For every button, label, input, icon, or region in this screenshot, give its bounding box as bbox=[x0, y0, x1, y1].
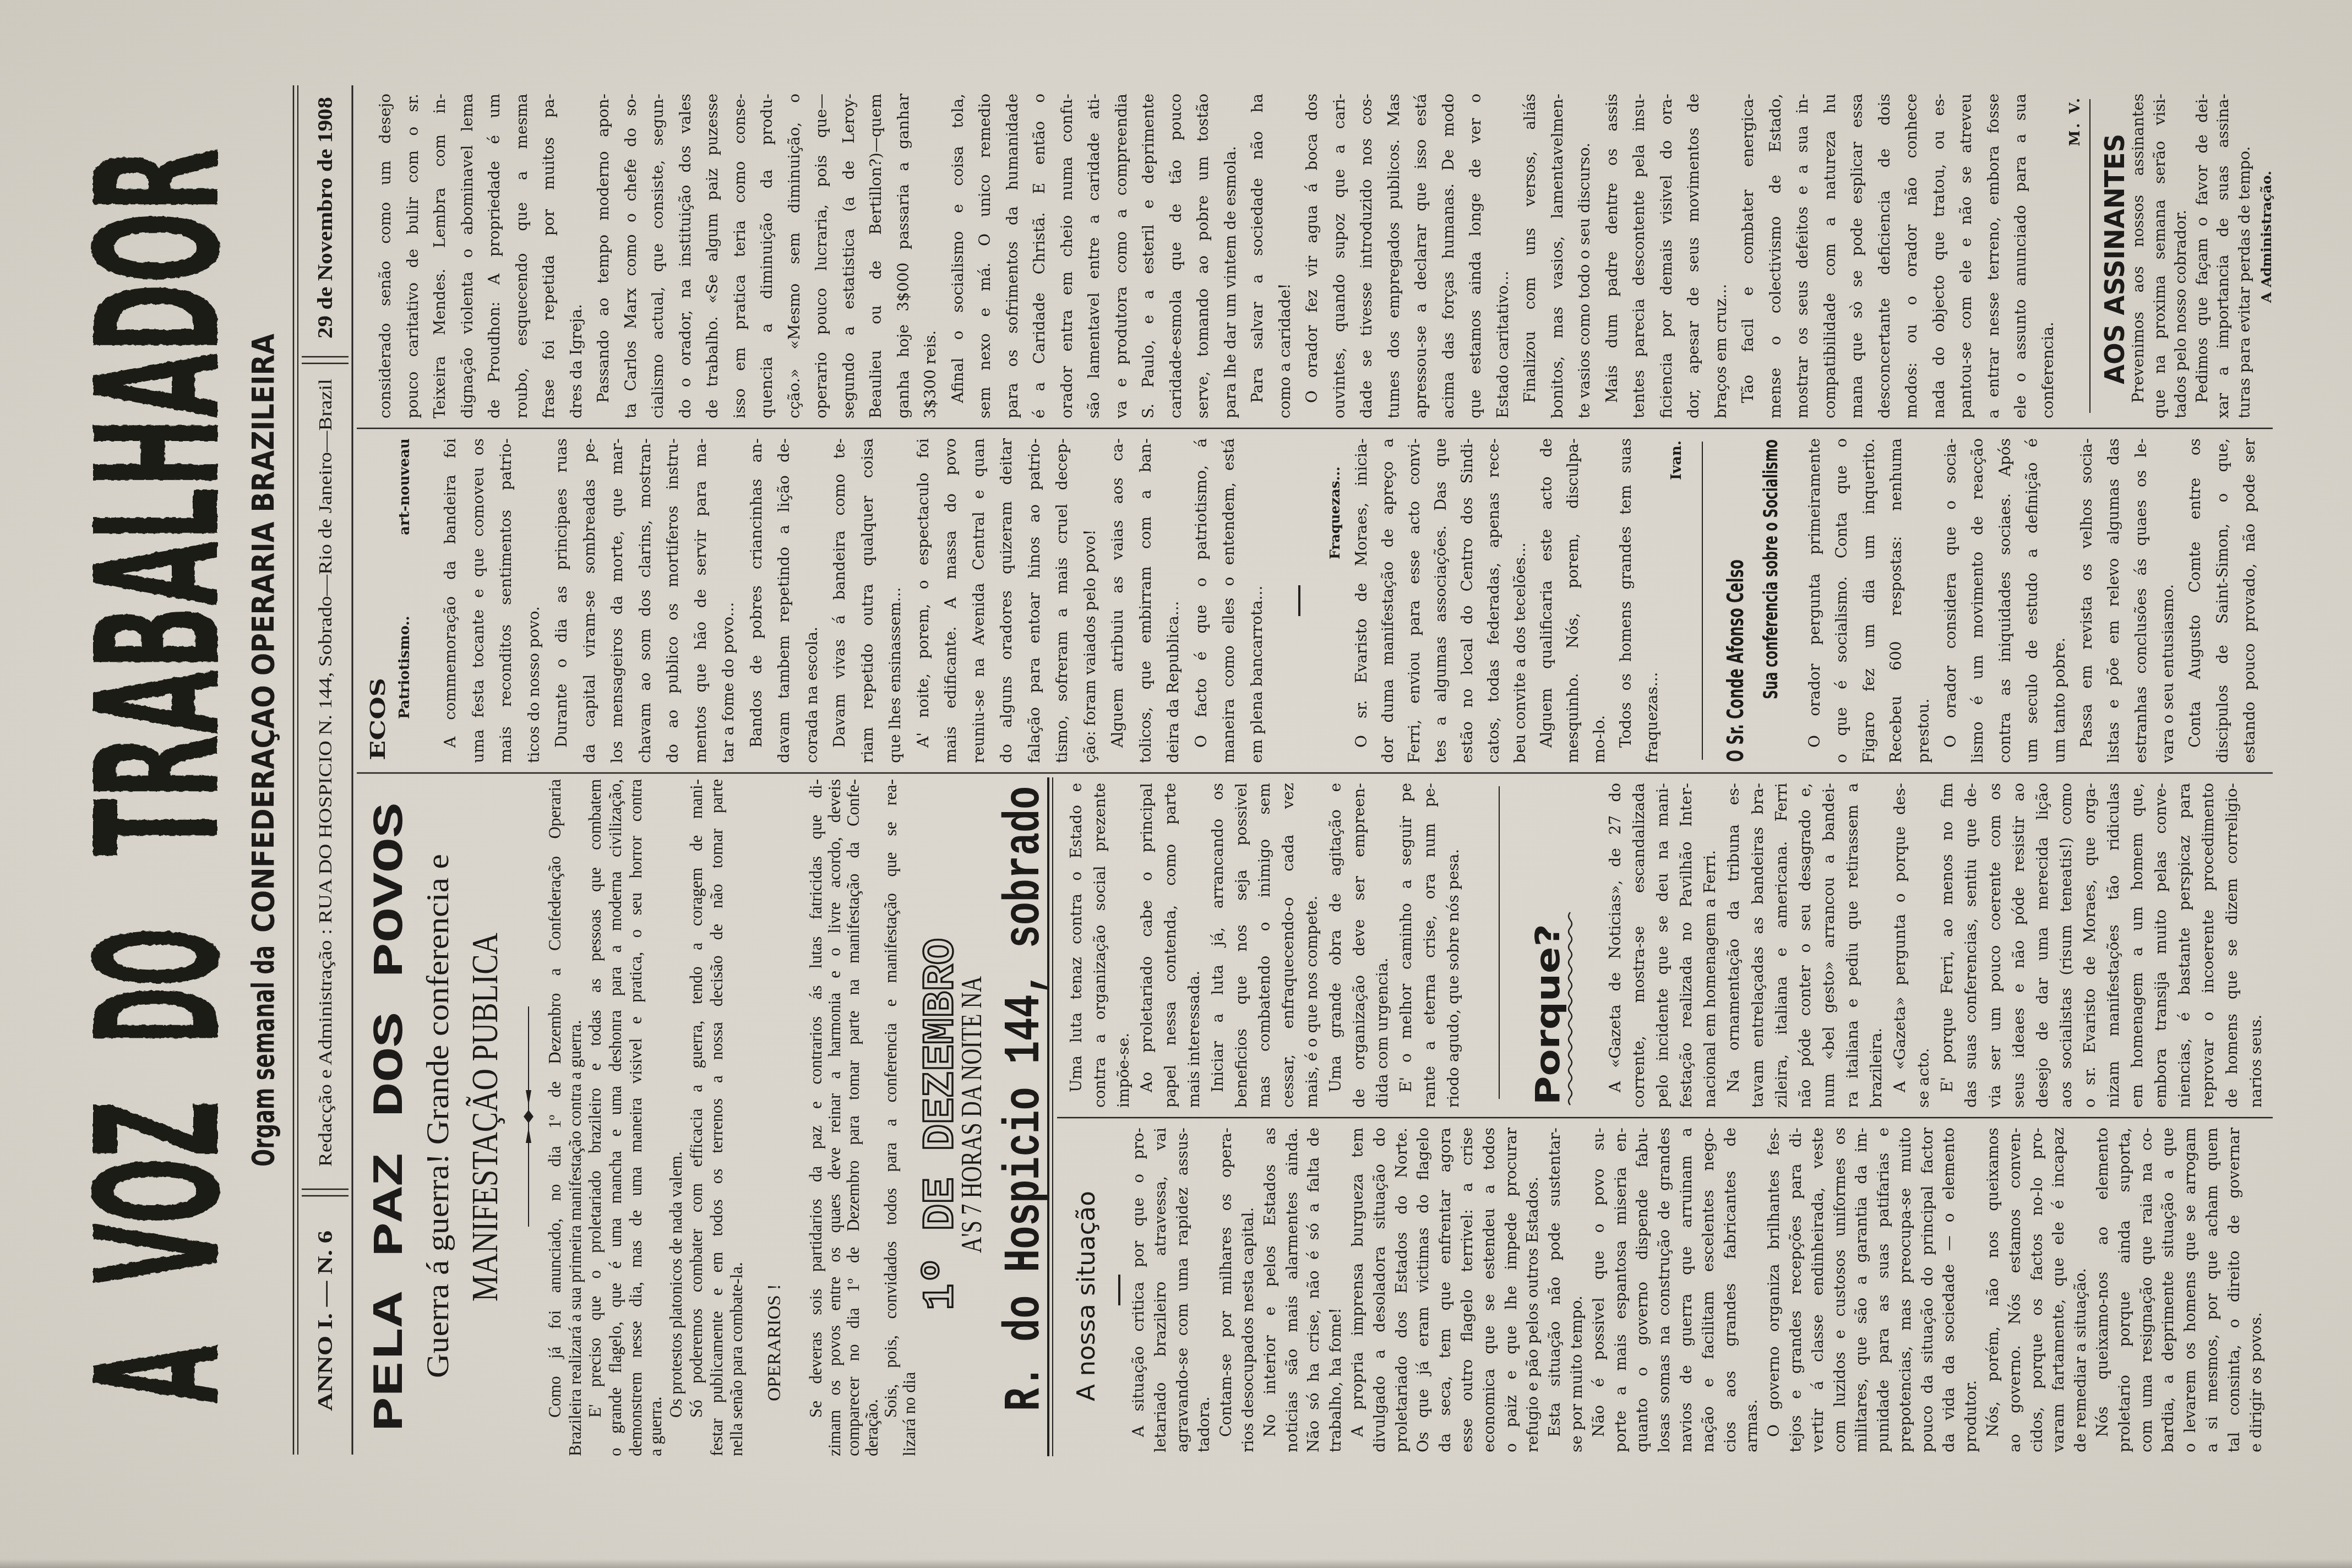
text-line: segundo a estatistica (a de Leroy- bbox=[835, 94, 863, 418]
text-line: A «Gazeta de Noticias», de 27 do bbox=[1603, 783, 1627, 1108]
text-line: militares, que são a garantia da im- bbox=[1850, 1128, 1872, 1452]
fraquezas-subheading: Fraquezas... bbox=[1324, 466, 1346, 559]
text-line: mo-lo. bbox=[1586, 438, 1613, 763]
fraquezas-signature: Ivan. bbox=[1665, 440, 1687, 763]
text-line: de remediar a situação. bbox=[2070, 1128, 2092, 1452]
text-line: caridade-esmola que de tão pouco bbox=[1162, 94, 1190, 418]
text-line: mas combatendo o inimigo sem bbox=[1253, 783, 1277, 1108]
text-line: Sois, pois, convidados todos para a conf… bbox=[881, 779, 900, 1456]
masthead-title-word: VOZ bbox=[59, 1101, 258, 1284]
masthead-title-word: A bbox=[59, 1344, 258, 1403]
text-line: e dirigir os povos. bbox=[2245, 1128, 2267, 1452]
text-line: braços em cruz... bbox=[1707, 94, 1735, 418]
text-line: bonitos, mas vasios, lamentavelmen- bbox=[1544, 94, 1571, 418]
lead-headline: PELA PAZ DOS POVOS bbox=[367, 803, 415, 1431]
text-line: acima das forças humanas. De modo bbox=[1435, 94, 1462, 418]
paragraph: Esta situação não pode sustentar-se por … bbox=[1544, 1128, 1588, 1452]
text-line: mostrar os seus defeitos e a sua in- bbox=[1789, 94, 1816, 418]
text-line: O facto é que o patriotismo, á bbox=[1188, 438, 1216, 763]
text-line: Ao proletariado cabe o principal bbox=[1135, 783, 1159, 1108]
text-line: a guerra. bbox=[646, 779, 666, 1456]
text-line: Prevenimos aos nossos assinantes bbox=[2128, 94, 2149, 418]
text-line: E' porque Ferri, ao menos no fim bbox=[1935, 783, 1959, 1108]
text-line: ticos do nosso povo. bbox=[520, 438, 548, 763]
text-line: proletariado dos Estados do Norte. bbox=[1391, 1128, 1413, 1452]
paragraph: Só poderemos combater com efficacia a gu… bbox=[687, 779, 747, 1456]
paragraph: Não é possivel que o povo su-porte a mai… bbox=[1588, 1128, 1763, 1452]
text-line: tejos e grandes recepções para di- bbox=[1785, 1128, 1807, 1452]
paragraph: Sois, pois, convidados todos para a conf… bbox=[881, 779, 919, 1456]
paragraph: Tão facil e combater energica-mense o co… bbox=[1734, 94, 2061, 418]
patriotismo-body: A commemoração da bandeira foiuma festa … bbox=[437, 438, 1271, 763]
paragraph: Uma grande obra de agitação ede organiza… bbox=[1324, 783, 1395, 1108]
text-line: nizam manifestações tão ridiculas bbox=[2101, 783, 2125, 1108]
text-line: maneira como elles o entendem, está bbox=[1215, 438, 1243, 763]
text-line: A' noite, porem, o espectaculo foi bbox=[910, 438, 938, 763]
text-line: Nós queixamo-nos ao elemento bbox=[2092, 1128, 2114, 1452]
text-line: comparecer no dia 1º de Dezembro para to… bbox=[844, 779, 863, 1456]
text-line: Contam-se por milhares os opera- bbox=[1215, 1128, 1237, 1452]
text-line: ele o assunto anunciado para a sua bbox=[2007, 94, 2034, 418]
text-line: se por muito tempo. bbox=[1566, 1128, 1588, 1452]
text-line: do ao publico os mortiferos instru- bbox=[659, 438, 687, 763]
paragraph: Iniciar a luta já, arrancando osbenefici… bbox=[1206, 783, 1324, 1108]
text-line: dor duma manifestação de apreço a bbox=[1375, 438, 1401, 763]
text-line: de trabalho. «Se algum paiz puzesse bbox=[699, 94, 726, 418]
text-line: zileira, italiana e americana. Ferri bbox=[1770, 783, 1793, 1108]
paragraph: Durante o dia as principaes ruasda capit… bbox=[548, 438, 743, 763]
text-line: da vida da sociedade — o elemento bbox=[1938, 1128, 1960, 1452]
paragraph: Nós, porém, não nos queixamosao governo.… bbox=[1982, 1128, 2092, 1452]
text-line: refugio e pão pelos outros Estados. bbox=[1522, 1128, 1544, 1452]
text-line: orador entra em cheio numa confu- bbox=[1053, 94, 1081, 418]
text-line: dida com urgencia. bbox=[1371, 783, 1395, 1108]
text-line: ouvintes, quando supoz que a cari- bbox=[1326, 94, 1353, 418]
text-line: porte a mais espantosa miseria en- bbox=[1610, 1128, 1632, 1452]
text-line: tismo, sofreram a mais cruel decep- bbox=[1048, 438, 1076, 763]
text-line: Esta situação não pode sustentar- bbox=[1544, 1128, 1566, 1452]
text-line: losas somas na construção de grandes bbox=[1653, 1128, 1675, 1452]
text-line: riodo agudo, que sobre nós pesa. bbox=[1442, 783, 1466, 1108]
text-line: Não é possivel que o povo su- bbox=[1588, 1128, 1610, 1452]
ecos-section-title: ECOS bbox=[365, 678, 390, 760]
text-line: com uma resignação que raia na co- bbox=[2136, 1128, 2158, 1452]
text-line: Se deveras sois partidarios da paz e con… bbox=[807, 779, 825, 1456]
paragraph: O governo organiza brilhantes fes-tejos … bbox=[1763, 1128, 1982, 1452]
text-line: Uma grande obra de agitação e bbox=[1324, 783, 1348, 1108]
text-line: cios aos grandes fabricantes de bbox=[1719, 1128, 1741, 1452]
text-line: embora transija muito pelas conve- bbox=[2149, 783, 2173, 1108]
paragraph: Alguem atribuiu as vaias aos ca-tolicos,… bbox=[1104, 438, 1188, 763]
text-line: para lhe dar um vintem de esmola. bbox=[1217, 94, 1244, 418]
text-line: o paiz e que lhe impede procurar bbox=[1500, 1128, 1522, 1452]
text-line: serve, tomando ao pobre um tostão bbox=[1189, 94, 1217, 418]
text-line: beneficios que nos seja possivel bbox=[1230, 783, 1254, 1108]
text-line: S. Paulo, e a esteril e deprimente bbox=[1135, 94, 1162, 418]
text-line: apressou-se a declarar que isso está bbox=[1407, 94, 1435, 418]
text-line: impõe-se. bbox=[1112, 783, 1136, 1108]
text-line: armas. bbox=[1741, 1128, 1763, 1452]
text-line: Ferri, enviou para esse acto convi- bbox=[1401, 438, 1428, 763]
paragraph: Se deveras sois partidarios da paz e con… bbox=[807, 779, 881, 1456]
paragraph: Os protestos platonicos de nada valem. bbox=[666, 779, 687, 1456]
text-line: Afinal o socialismo e coisa tola, bbox=[944, 94, 972, 418]
text-line: pantou-se com ele e não se atreveu bbox=[1952, 94, 1980, 418]
text-line: deira da Republica... bbox=[1159, 438, 1188, 763]
text-line: prestou. bbox=[1910, 438, 1937, 763]
text-line: nella senão para combate-la. bbox=[727, 779, 747, 1456]
text-line: Todos os homens grandes tem suas bbox=[1613, 438, 1639, 763]
text-line: uma festa tocante e que comoveu os bbox=[465, 438, 493, 763]
text-line: é a Caridade Christã. E então o bbox=[1026, 94, 1053, 418]
text-line: quanto o governo dispende fabu- bbox=[1631, 1128, 1653, 1452]
text-line: sem nexo e má. O unico remedio bbox=[971, 94, 999, 418]
text-line: ra italiana e pediu que retirassem a bbox=[1841, 783, 1864, 1108]
text-line: davam tambem repetindo a lição de- bbox=[770, 438, 798, 763]
text-line: Só poderemos combater com efficacia a gu… bbox=[687, 779, 707, 1456]
text-line: prepotencias, mas preocupa-se muito bbox=[1894, 1128, 1917, 1452]
text-line: varam fartamente, que ele é incapaz bbox=[2048, 1128, 2070, 1452]
text-line: corada na escola. bbox=[798, 438, 826, 763]
lead-deck-caps: MANIFESTAÇÃO PUBLICA bbox=[464, 933, 505, 1302]
text-line: trabalho, ha fome! bbox=[1325, 1128, 1347, 1452]
text-line: E' preciso que o proletariado brazileiro… bbox=[585, 779, 606, 1456]
text-line: nacional em homenagem a Ferri. bbox=[1698, 783, 1722, 1108]
conference-review-signature: M. V. bbox=[2064, 96, 2086, 418]
text-line: Passa em revista os velhos socia- bbox=[2073, 438, 2100, 763]
text-line: Brazileira realizará a sua primeira mani… bbox=[565, 779, 586, 1456]
lead-deck: Guerra á guerra! Grande conferencia e bbox=[421, 854, 455, 1378]
text-line: Recebeu 600 respostas: nenhuma bbox=[1882, 438, 1909, 763]
text-line: quencia a diminuição da produ- bbox=[753, 94, 781, 418]
text-line: nada do objecto que tratou, ou es- bbox=[1925, 94, 1953, 418]
notice-body: Prevenimos aos nossos assinantesque na p… bbox=[2128, 94, 2255, 418]
text-line: tados pelo nosso cobrador. bbox=[2170, 94, 2192, 418]
paragraph: E' o melhor caminho a seguir perante a e… bbox=[1395, 783, 1465, 1108]
text-line: lismo é um movimento de reacção bbox=[1964, 438, 1991, 763]
text-line: zimam os povos entre os quaes deve reina… bbox=[825, 779, 844, 1456]
scanned-newspaper-image: A VOZ DO TRABALHADOR Orgam semanal da CO… bbox=[0, 0, 2352, 1568]
text-line: O orador fez vir agua á boca dos bbox=[1298, 94, 1326, 418]
text-line: contra a organização social prezente bbox=[1088, 783, 1112, 1108]
text-line: tavam entrelaçadas as bandeiras bra- bbox=[1746, 783, 1770, 1108]
text-line: navios de guerra que arruinam a bbox=[1675, 1128, 1697, 1452]
text-line: xar a importancia de suas assina- bbox=[2213, 94, 2234, 418]
text-line: pouco da situação do principal factor bbox=[1917, 1128, 1939, 1452]
text-line: Bandos de pobres criancinhas an- bbox=[743, 438, 771, 763]
paragraph: Pedimos que façam o favor de dei-xar a i… bbox=[2192, 94, 2256, 418]
paragraph: O facto é que o patriotismo, ámaneira co… bbox=[1188, 438, 1271, 763]
text-line: dade se tivesse introduzido nos cos- bbox=[1353, 94, 1380, 418]
text-line: o que é socialismo. Conta que o bbox=[1828, 438, 1855, 763]
text-line: beu convite a dos tecelões... bbox=[1507, 438, 1533, 763]
text-line: vertir á classe endinheirada, veste bbox=[1807, 1128, 1829, 1452]
paragraph: Mais dum padre dentre os assistentes par… bbox=[1598, 94, 1735, 418]
text-line: cialismo actual, que consiste, segun- bbox=[644, 94, 672, 418]
text-line: esse outro flagelo terrivel: a crise bbox=[1456, 1128, 1478, 1452]
text-line: riam repetido outra qualquer coisa bbox=[854, 438, 882, 763]
paragraph: Contam-se por milhares os opera-rios des… bbox=[1215, 1128, 1259, 1452]
text-line: A propria imprensa burgueza tem bbox=[1347, 1128, 1369, 1452]
text-line: não póde conter o seu desagrado e, bbox=[1793, 783, 1817, 1108]
text-line: o grande flagelo, que é uma mancha e uma… bbox=[606, 779, 626, 1456]
porque-article-title: Porque? bbox=[1529, 924, 1567, 1105]
text-line: que estamos ainda longe de ver o bbox=[1462, 94, 1489, 418]
text-line: tal consinta, o direito de governar bbox=[2223, 1128, 2245, 1452]
fraquezas-body: O sr. Evaristo de Moraes, inicia-dor dum… bbox=[1348, 438, 1665, 763]
text-line: se acto. bbox=[1912, 783, 1935, 1108]
text-line: com luzidos e custosos uniformes os bbox=[1829, 1128, 1851, 1452]
text-line: Os que já eram victimas do flagelo bbox=[1412, 1128, 1434, 1452]
porque-article-body: A «Gazeta de Noticias», de 27 docorrente… bbox=[1603, 783, 2268, 1108]
text-line: ta Carlos Marx como o chefe do so- bbox=[617, 94, 645, 418]
masthead-subtitle-prefix: Orgam semanal da bbox=[246, 945, 281, 1167]
paragraph: Nós queixamo-nos ao elementoproletario p… bbox=[2092, 1128, 2267, 1452]
paragraph: E' porque Ferri, ao menos no fimdas suas… bbox=[1935, 783, 2267, 1108]
paragraph: Uma luta tenaz contra o Estado econtra a… bbox=[1065, 783, 1135, 1108]
text-line: O orador pergunta primeiramente bbox=[1801, 438, 1828, 763]
text-line: Durante o dia as principaes ruas bbox=[548, 438, 576, 763]
lead-article-body: Como já foi anunciado, no dia 1º de Deze… bbox=[545, 779, 747, 1456]
text-line: cessar, enfraquecendo-o cada vez bbox=[1277, 783, 1300, 1108]
text-line: conferencia. bbox=[2034, 94, 2062, 418]
text-line: das suas conferencias, sentiu que de- bbox=[1959, 783, 1983, 1108]
text-line: tadora. bbox=[1193, 1128, 1215, 1452]
text-line: Beaulieu ou de Bertillon?)—quem bbox=[862, 94, 890, 418]
text-line: um seculo de estudo a definição é bbox=[2018, 438, 2045, 763]
text-line: mense o colectivismo de Estado, bbox=[1762, 94, 1789, 418]
ornamental-rule bbox=[524, 1006, 533, 1227]
text-line: mais edificante. A massa do povo bbox=[937, 438, 965, 763]
paragraph: A propria imprensa burgueza temdivulgado… bbox=[1347, 1128, 1544, 1452]
text-line: cção.» «Mesmo sem diminuição, o bbox=[781, 94, 808, 418]
paragraph: O sr. Evaristo de Moraes, inicia-dor dum… bbox=[1348, 438, 1533, 763]
text-line: estão no local do Centro dos Sindi- bbox=[1454, 438, 1480, 763]
text-line: de homens que se dizem correligio- bbox=[2220, 783, 2244, 1108]
text-line: niencias, é bastante perspicaz para bbox=[2173, 783, 2196, 1108]
text-line: economica que se estendeu a todos bbox=[1478, 1128, 1500, 1452]
text-line: Os protestos platonicos de nada valem. bbox=[666, 779, 687, 1456]
situation-article-title: A nossa situação bbox=[1072, 1191, 1101, 1401]
paragraph: O orador pergunta primeiramenteo que é s… bbox=[1801, 438, 1937, 763]
text-line: tar a fome do povo... bbox=[715, 438, 743, 763]
text-line: reprovar o incoerente procedimento bbox=[2196, 783, 2220, 1108]
text-line: que lhes ensinassem... bbox=[881, 438, 910, 763]
text-line: mesquinho. Nós, porem, disculpa- bbox=[1560, 438, 1586, 763]
text-line: para os sofrimentos da humanidade bbox=[999, 94, 1026, 418]
text-line: operario pouco lucraria, pois que— bbox=[808, 94, 835, 418]
text-line: mais reconditos sentimentos patrio- bbox=[492, 438, 520, 763]
conference-review-body-col4: considerado senão como um desejopouco ca… bbox=[372, 94, 2061, 418]
text-line: estranhas conclusões ás quaes os le- bbox=[2127, 438, 2154, 763]
text-line: pelo incidente que se deu na mani- bbox=[1651, 783, 1674, 1108]
text-line: O sr. Evaristo de Moraes, inicia- bbox=[1348, 438, 1375, 763]
text-line: divulgado a desoladora situação do bbox=[1369, 1128, 1391, 1452]
situation-article-body-col2: Uma luta tenaz contra o Estado econtra a… bbox=[1065, 783, 1466, 1108]
text-line: em plena bancarrota... bbox=[1243, 438, 1271, 763]
text-line: cidos, porque os factos no-lo pro- bbox=[2026, 1128, 2048, 1452]
text-line: E' o melhor caminho a seguir pe bbox=[1395, 783, 1418, 1108]
paragraph: Conta Augusto Comte entre osdiscipulos d… bbox=[2181, 438, 2263, 763]
text-line: Como já foi anunciado, no dia 1º de Deze… bbox=[545, 779, 565, 1456]
text-line: roubo, esquecendo que a mesma bbox=[508, 94, 536, 418]
text-line: rios desocupados nesta capital. bbox=[1237, 1128, 1259, 1452]
text-line: A situação critica por que o pro- bbox=[1128, 1128, 1150, 1452]
text-line: isso em pratica teria como conse- bbox=[726, 94, 754, 418]
text-line: Nós, porém, não nos queixamos bbox=[1982, 1128, 2004, 1452]
masthead-title-word: DO bbox=[59, 928, 258, 1044]
text-line: são lamentavel entre a caridade ati- bbox=[1080, 94, 1108, 418]
text-line: rante a eterna crise, ora num pe- bbox=[1418, 783, 1442, 1108]
paragraph: Afinal o socialismo e coisa tola,sem nex… bbox=[944, 94, 1244, 418]
paragraph: O orador fez vir agua á boca dosouvintes… bbox=[1298, 94, 1516, 418]
newspaper-page: A VOZ DO TRABALHADOR Orgam semanal da CO… bbox=[0, 0, 2352, 1568]
text-line: tumes dos empregados publicos. Mas bbox=[1380, 94, 1408, 418]
conference-review-body-col3: O orador pergunta primeiramenteo que é s… bbox=[1801, 438, 2263, 763]
text-line: O orador considera que o socia- bbox=[1937, 438, 1964, 763]
text-line: ção: foram vaiados pelo povo! bbox=[1076, 438, 1104, 763]
text-line: discipulos de Saint-Simon, o que, bbox=[2209, 438, 2236, 763]
text-line: compatibilidade com a natureza hu bbox=[1816, 94, 1844, 418]
paragraph: A situação critica por que o pro-letaria… bbox=[1128, 1128, 1215, 1452]
text-line: de Proudhon: A propriedade é um bbox=[481, 94, 508, 418]
text-line: modos: ou o orador não conhece bbox=[1898, 94, 1925, 418]
text-line: Alguem qualificaria este acto de bbox=[1533, 438, 1560, 763]
paragraph: A «Gazeta» pergunta o porque des-se acto… bbox=[1888, 783, 1935, 1108]
text-line: dres da Igreja. bbox=[563, 94, 590, 418]
text-line: Passando ao tempo moderno apon- bbox=[590, 94, 617, 418]
text-line: dor, apesar de seus movimentos de bbox=[1680, 94, 1707, 418]
paragraph: No interior e pelos Estados asnoticias s… bbox=[1259, 1128, 1347, 1452]
paragraph: A «Gazeta de Noticias», de 27 docorrente… bbox=[1603, 783, 1722, 1108]
event-time: A'S 7 HORAS DA NOITE NA bbox=[956, 976, 988, 1253]
text-line: brazileira. bbox=[1864, 783, 1888, 1108]
text-line: Não só ha crise, não é só a falta de bbox=[1303, 1128, 1325, 1452]
text-line: ao governo. Nós estamos conven- bbox=[2004, 1128, 2026, 1452]
text-line: noticias são mais alarmentes ainda. bbox=[1281, 1128, 1303, 1452]
paragraph: A' noite, porem, o espectaculo foimais e… bbox=[910, 438, 1104, 763]
text-line: Mais dum padre dentre os assis bbox=[1598, 94, 1626, 418]
text-line: do o orador, na instituição dos vales bbox=[672, 94, 699, 418]
text-line: corrente, mostra-se escandalizada bbox=[1627, 783, 1651, 1108]
text-line: turas para evitar perdas de tempo. bbox=[2234, 94, 2256, 418]
text-line: a si mesmos, por que acham quem bbox=[2201, 1128, 2223, 1452]
event-venue: R. do Hospicio 144, sobrado bbox=[996, 786, 1054, 1411]
text-line: da seca, tem que enfrentar agora bbox=[1434, 1128, 1456, 1452]
text-line: desconcertante deficiencia de dois bbox=[1871, 94, 1898, 418]
text-line: Finalizou com uns versos, aliás bbox=[1516, 94, 1544, 418]
text-line: ganha hoje 3$000 passaria a ganhar bbox=[890, 94, 917, 418]
text-line: listas e põe em relevo algumas das bbox=[2100, 438, 2127, 763]
text-line: No interior e pelos Estados as bbox=[1259, 1128, 1281, 1452]
text-line: Estado caritativo... bbox=[1489, 94, 1517, 418]
text-line: o sr. Evaristo de Moraes, que orga- bbox=[2078, 783, 2101, 1108]
text-line: va e produtora como a compreendia bbox=[1108, 94, 1135, 418]
text-line: papel nessa contenda, como parte bbox=[1159, 783, 1183, 1108]
text-line: Pedimos que façam o favor de dei- bbox=[2192, 94, 2213, 418]
text-line: catos, todas federadas, apenas rece- bbox=[1480, 438, 1507, 763]
paragraph: Passa em revista os velhos socia-listas … bbox=[2073, 438, 2182, 763]
text-line: demonstrem nesse dia, mas de uma maneira… bbox=[626, 779, 646, 1456]
text-line: seus ideaes e não póde resistir ao bbox=[2007, 783, 2030, 1108]
text-line: Na ornamentação da tribuna es- bbox=[1722, 783, 1745, 1108]
text-line: tentes parecia descontente pela insu- bbox=[1625, 94, 1653, 418]
text-line: em homenagem a um homem que, bbox=[2125, 783, 2149, 1108]
situation-article-body-col1: A situação critica por que o pro-letaria… bbox=[1128, 1128, 2267, 1452]
text-line: via ser um pouco coerente com os bbox=[1983, 783, 2007, 1108]
text-line: vara o seu entusiasmo. bbox=[2154, 438, 2181, 763]
text-line: narios seus. bbox=[2244, 783, 2268, 1108]
text-line: letariado brazileiro atravessa, vai bbox=[1150, 1128, 1172, 1452]
text-line: punidade para as suas patifarias e bbox=[1872, 1128, 1894, 1452]
paragraph: Ao proletariado cabe o principalpapel ne… bbox=[1135, 783, 1206, 1108]
paragraph: Todos os homens grandes tem suasfraqueza… bbox=[1613, 438, 1665, 763]
text-line: como a caridade! bbox=[1271, 94, 1299, 418]
text-line: de organização deve ser empreen- bbox=[1348, 783, 1371, 1108]
text-line: bardia, a deprimente situação a que bbox=[2157, 1128, 2179, 1452]
paragraph: E' preciso que o proletariado brazileiro… bbox=[585, 779, 666, 1456]
lead-callout: OPERARIOS ! bbox=[764, 1284, 785, 1401]
text-line: fraquezas... bbox=[1639, 438, 1665, 763]
patriotismo-subheading: Patriotismo.. art-nouveau bbox=[393, 438, 417, 763]
masthead-title-word: TRABALHADOR bbox=[59, 148, 258, 856]
paragraph: Davam vivas á bandeira como te-riam repe… bbox=[826, 438, 910, 763]
text-line: ficiencia por demais visivel do ora- bbox=[1653, 94, 1680, 418]
text-line: nação e facilitam escelentes nego- bbox=[1697, 1128, 1719, 1452]
notice-signature: A Administração. bbox=[2256, 171, 2278, 418]
text-line: 3$300 reis. bbox=[917, 94, 944, 418]
conference-review-subtitle: Sua conferencia sobre o Socialismo bbox=[1760, 439, 1782, 699]
masthead-subtitle-organization: CONFEDERAÇAO OPERARIA BRAZILEIRA bbox=[246, 334, 281, 933]
text-line: produtor. bbox=[1960, 1128, 1982, 1452]
text-line: tolicos, que embirram com a ban- bbox=[1132, 438, 1160, 763]
text-line: mana que sò se pode esplicar essa bbox=[1843, 94, 1871, 418]
text-line: lizará no dia bbox=[900, 779, 919, 1456]
text-line: frase foi repetida por muitos pa- bbox=[535, 94, 563, 418]
paragraph: Finalizou com uns versos, aliásbonitos, … bbox=[1516, 94, 1598, 418]
text-line: num «bel gesto» arrancou a bandei- bbox=[1817, 783, 1841, 1108]
issue-number: ANNO I. — N. 6 bbox=[314, 1231, 337, 1411]
text-line: falação para entoar hinos ao patrio- bbox=[1021, 438, 1049, 763]
text-line: chavam ao som dos clarins, mostran- bbox=[631, 438, 660, 763]
text-line: desejo de dar uma merecida lição bbox=[2030, 783, 2054, 1108]
text-line: Conta Augusto Comte entre os bbox=[2181, 438, 2208, 763]
paragraph: Alguem qualificaria este acto demesquinh… bbox=[1533, 438, 1613, 763]
text-line: aos socialistas (risum teneatis!) como bbox=[2054, 783, 2078, 1108]
wavy-underline bbox=[1569, 912, 1572, 1105]
text-line: da capital viram-se sombreadas pe- bbox=[576, 438, 604, 763]
text-line: considerado senão como um desejo bbox=[372, 94, 399, 418]
text-line: deração. bbox=[863, 779, 881, 1456]
text-line: dignação violenta o abominavel lema bbox=[454, 94, 481, 418]
text-line: que na proxima semana serão visi- bbox=[2149, 94, 2171, 418]
text-line: Uma luta tenaz contra o Estado e bbox=[1065, 783, 1088, 1108]
text-line: do alguns oradores quizeram deitar bbox=[993, 438, 1021, 763]
text-line: Teixeira Mendes. Lembra com in- bbox=[426, 94, 454, 418]
text-line: estando pouco provado, não pode ser bbox=[2236, 438, 2263, 763]
text-line: mentos que hão de servir para ma- bbox=[687, 438, 715, 763]
text-line: agravando-se com uma rapidez assus- bbox=[1172, 1128, 1194, 1452]
text-line: mais interessada. bbox=[1183, 783, 1206, 1108]
text-line: Iniciar a luta já, arrancando os bbox=[1206, 783, 1230, 1108]
paragraph: A commemoração da bandeira foiuma festa … bbox=[437, 438, 548, 763]
text-line: tes a algumas associações. Das que bbox=[1428, 438, 1454, 763]
text-line: a entrar nesse terreno, embora fosse bbox=[1980, 94, 2007, 418]
editorial-address: Redacção e Administração : RUA DO HOSPIC… bbox=[315, 379, 336, 1167]
text-line: Davam vivas á bandeira como te- bbox=[826, 438, 854, 763]
text-line: reuniu-se na Avenida Central e quan bbox=[965, 438, 993, 763]
paragraph: Passando ao tempo moderno apon-ta Carlos… bbox=[590, 94, 944, 418]
